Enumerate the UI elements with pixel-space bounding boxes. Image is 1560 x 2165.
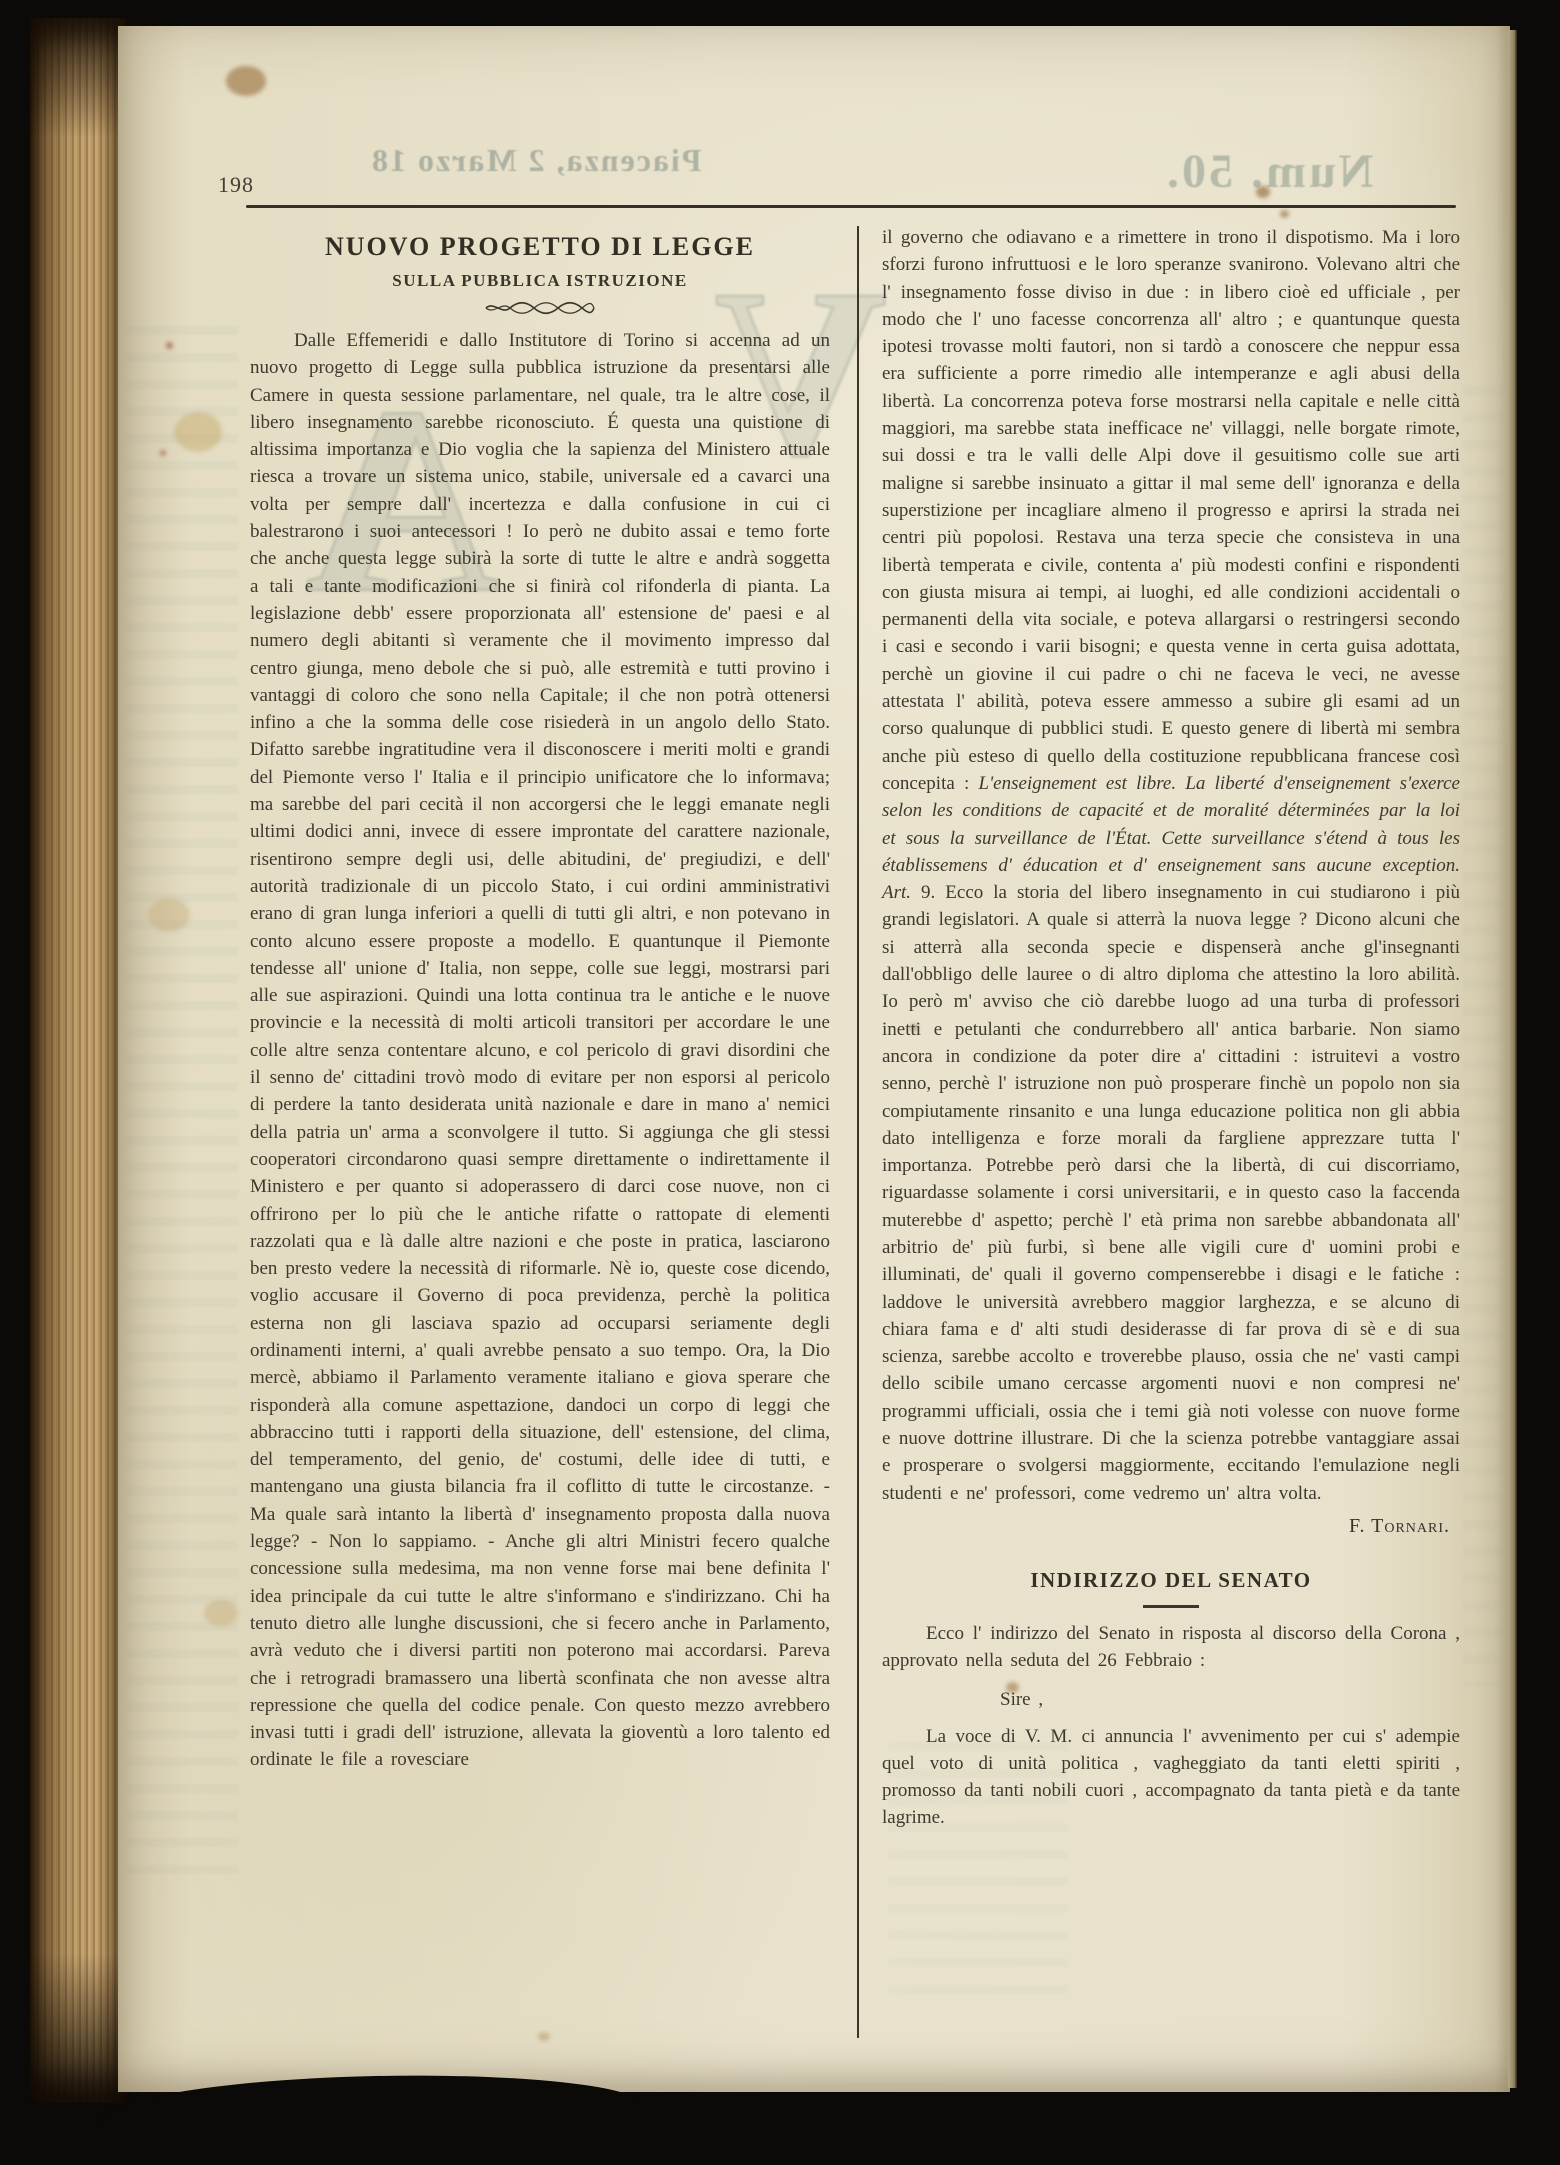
fox-stain [1256,186,1270,198]
page-number: 198 [218,172,254,198]
article-body-right: il governo che odiavano e a rimettere in… [882,224,1460,1507]
scanned-newspaper-photo: { "page": { "number": "198" }, "bleedthr… [0,0,1560,2165]
ornament-divider [484,301,596,315]
fox-stain [148,898,190,932]
fox-stain [174,412,222,452]
right-column: il governo che odiavano e a rimettere in… [882,224,1460,1832]
bleedthrough-texture-left-margin [126,326,238,1886]
fox-stain [226,66,266,96]
senato-intro: Ecco l' indirizzo del Senato in risposta… [882,1620,1460,1675]
bleedthrough-dateline: Piacenza, 2 Marzo 18 [370,142,701,179]
page-right-edge [1508,30,1517,2088]
senato-heading: INDIRIZZO DEL SENATO [882,1568,1460,1593]
edge-shadow-top [30,18,126,138]
fox-stain [538,2032,550,2041]
author-signature: F. Tornari. [882,1515,1460,1538]
heading-rule [1143,1605,1199,1608]
senato-body: La voce di V. M. ci annuncia l' avvenime… [882,1723,1460,1832]
column-divider-rule [857,226,859,2038]
article-subtitle: SULLA PUBBLICA ISTRUZIONE [250,271,830,291]
fox-stain [204,1600,238,1626]
article-body-left: Dalle Effemeridi e dallo Institutore di … [250,327,830,1774]
article-body-right-part2: 9. Ecco la storia del libero insegnament… [882,882,1460,1504]
article-body-right-part1: il governo che odiavano e a rimettere in… [882,227,1460,794]
red-speck [160,450,166,456]
article-title: NUOVO PROGETTO DI LEGGE [250,232,830,262]
book-page-edges [30,18,126,2103]
edge-shadow-bottom [30,1953,126,2103]
header-rule [246,205,1456,208]
senato-salutation: Sire , [1000,1689,1460,1711]
newspaper-page: Piacenza, 2 Marzo 18 Num. 50. A V 198 NU… [118,26,1510,2092]
fox-stain [1280,210,1289,218]
red-speck [166,342,173,349]
left-column: NUOVO PROGETTO DI LEGGE SULLA PUBBLICA I… [250,222,830,1774]
bleedthrough-texture-right-margin [1462,386,1502,1686]
